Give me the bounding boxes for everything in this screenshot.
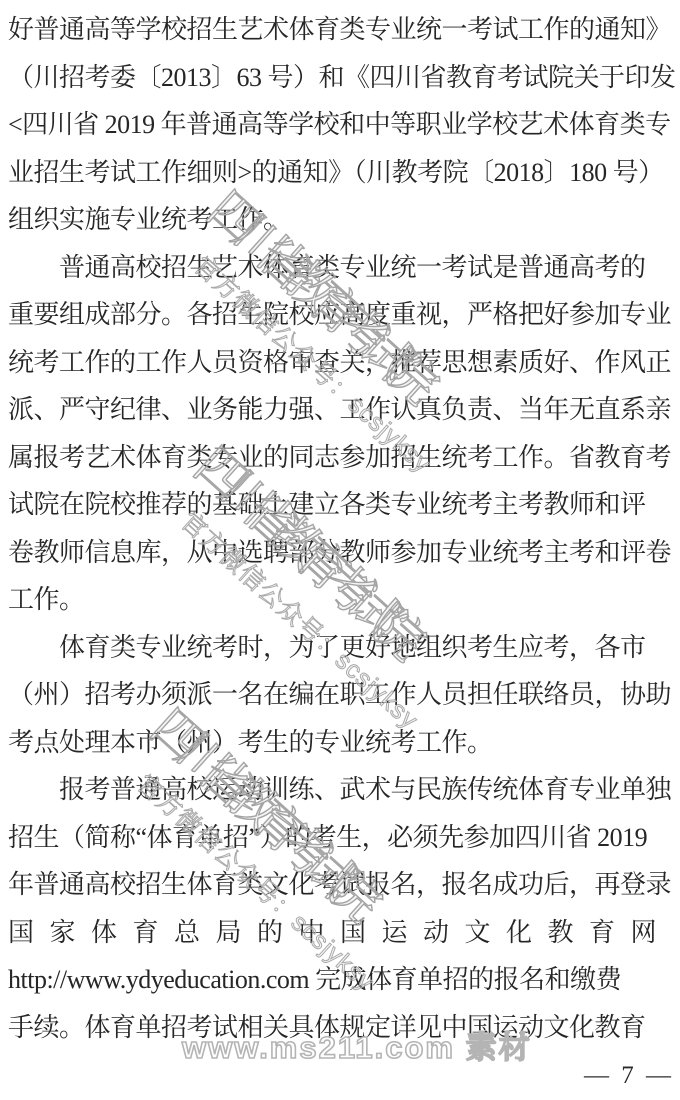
- text-line: 普通高校招生艺术体育类专业统一考试是普通高考的: [8, 244, 674, 292]
- text-line: 体育类专业统考时，为了更好地组织考生应考，各市: [8, 624, 674, 672]
- page-number: — 7 —: [584, 1062, 674, 1090]
- text-line: 卷教师信息库，从中选聘部分教师参加专业统考主考和评卷: [8, 529, 674, 577]
- document-body: 好普通高等学校招生艺术体育类专业统一考试工作的通知》 （川招考委〔2013〕63…: [8, 6, 674, 1051]
- text-line: （州）招考办须派一名在编在职工作人员担任联络员，协助: [8, 671, 674, 719]
- text-line: 试院在院校推荐的基础上建立各类专业统考主考教师和评: [8, 481, 674, 529]
- text-line: 招生（简称“体育单招”）的考生，必须先参加四川省 2019: [8, 814, 674, 862]
- text-line: （川招考委〔2013〕63 号）和《四川省教育考试院关于印发: [8, 54, 674, 102]
- text-line: 组织实施专业统考工作。: [8, 196, 674, 244]
- text-line: 考点处理本市（州）考生的专业统考工作。: [8, 719, 674, 767]
- text-line: 好普通高等学校招生艺术体育类专业统一考试工作的通知》: [8, 6, 674, 54]
- text-line: 工作。: [8, 576, 674, 624]
- text-line: 属报考艺术体育类专业的同志参加招生统考工作。省教育考: [8, 434, 674, 482]
- text-line: 业招生考试工作细则>的通知》（川教考院〔2018〕180 号）: [8, 149, 674, 197]
- text-line: 国家体育总局的中国运动文化教育网: [8, 909, 674, 957]
- text-line: http://www.ydyeducation.com 完成体育单招的报名和缴费: [8, 956, 674, 1004]
- text-line: 手续。体育单招考试相关具体规定详见中国运动文化教育: [8, 1004, 674, 1052]
- text-line: 派、严守纪律、业务能力强、工作认真负责、当年无直系亲: [8, 386, 674, 434]
- text-line: 年普通高校招生体育类文化考试报名，报名成功后，再登录: [8, 861, 674, 909]
- text-line: 报考普通高校运动训练、武术与民族传统体育专业单独: [8, 766, 674, 814]
- document-page: 好普通高等学校招生艺术体育类专业统一考试工作的通知》 （川招考委〔2013〕63…: [0, 0, 680, 1100]
- text-line: 统考工作的工作人员资格审查关，推荐思想素质好、作风正: [8, 339, 674, 387]
- text-line: <四川省 2019 年普通高等学校和中等职业学校艺术体育类专: [8, 101, 674, 149]
- text-line: 重要组成部分。各招生院校应高度重视，严格把好参加专业: [8, 291, 674, 339]
